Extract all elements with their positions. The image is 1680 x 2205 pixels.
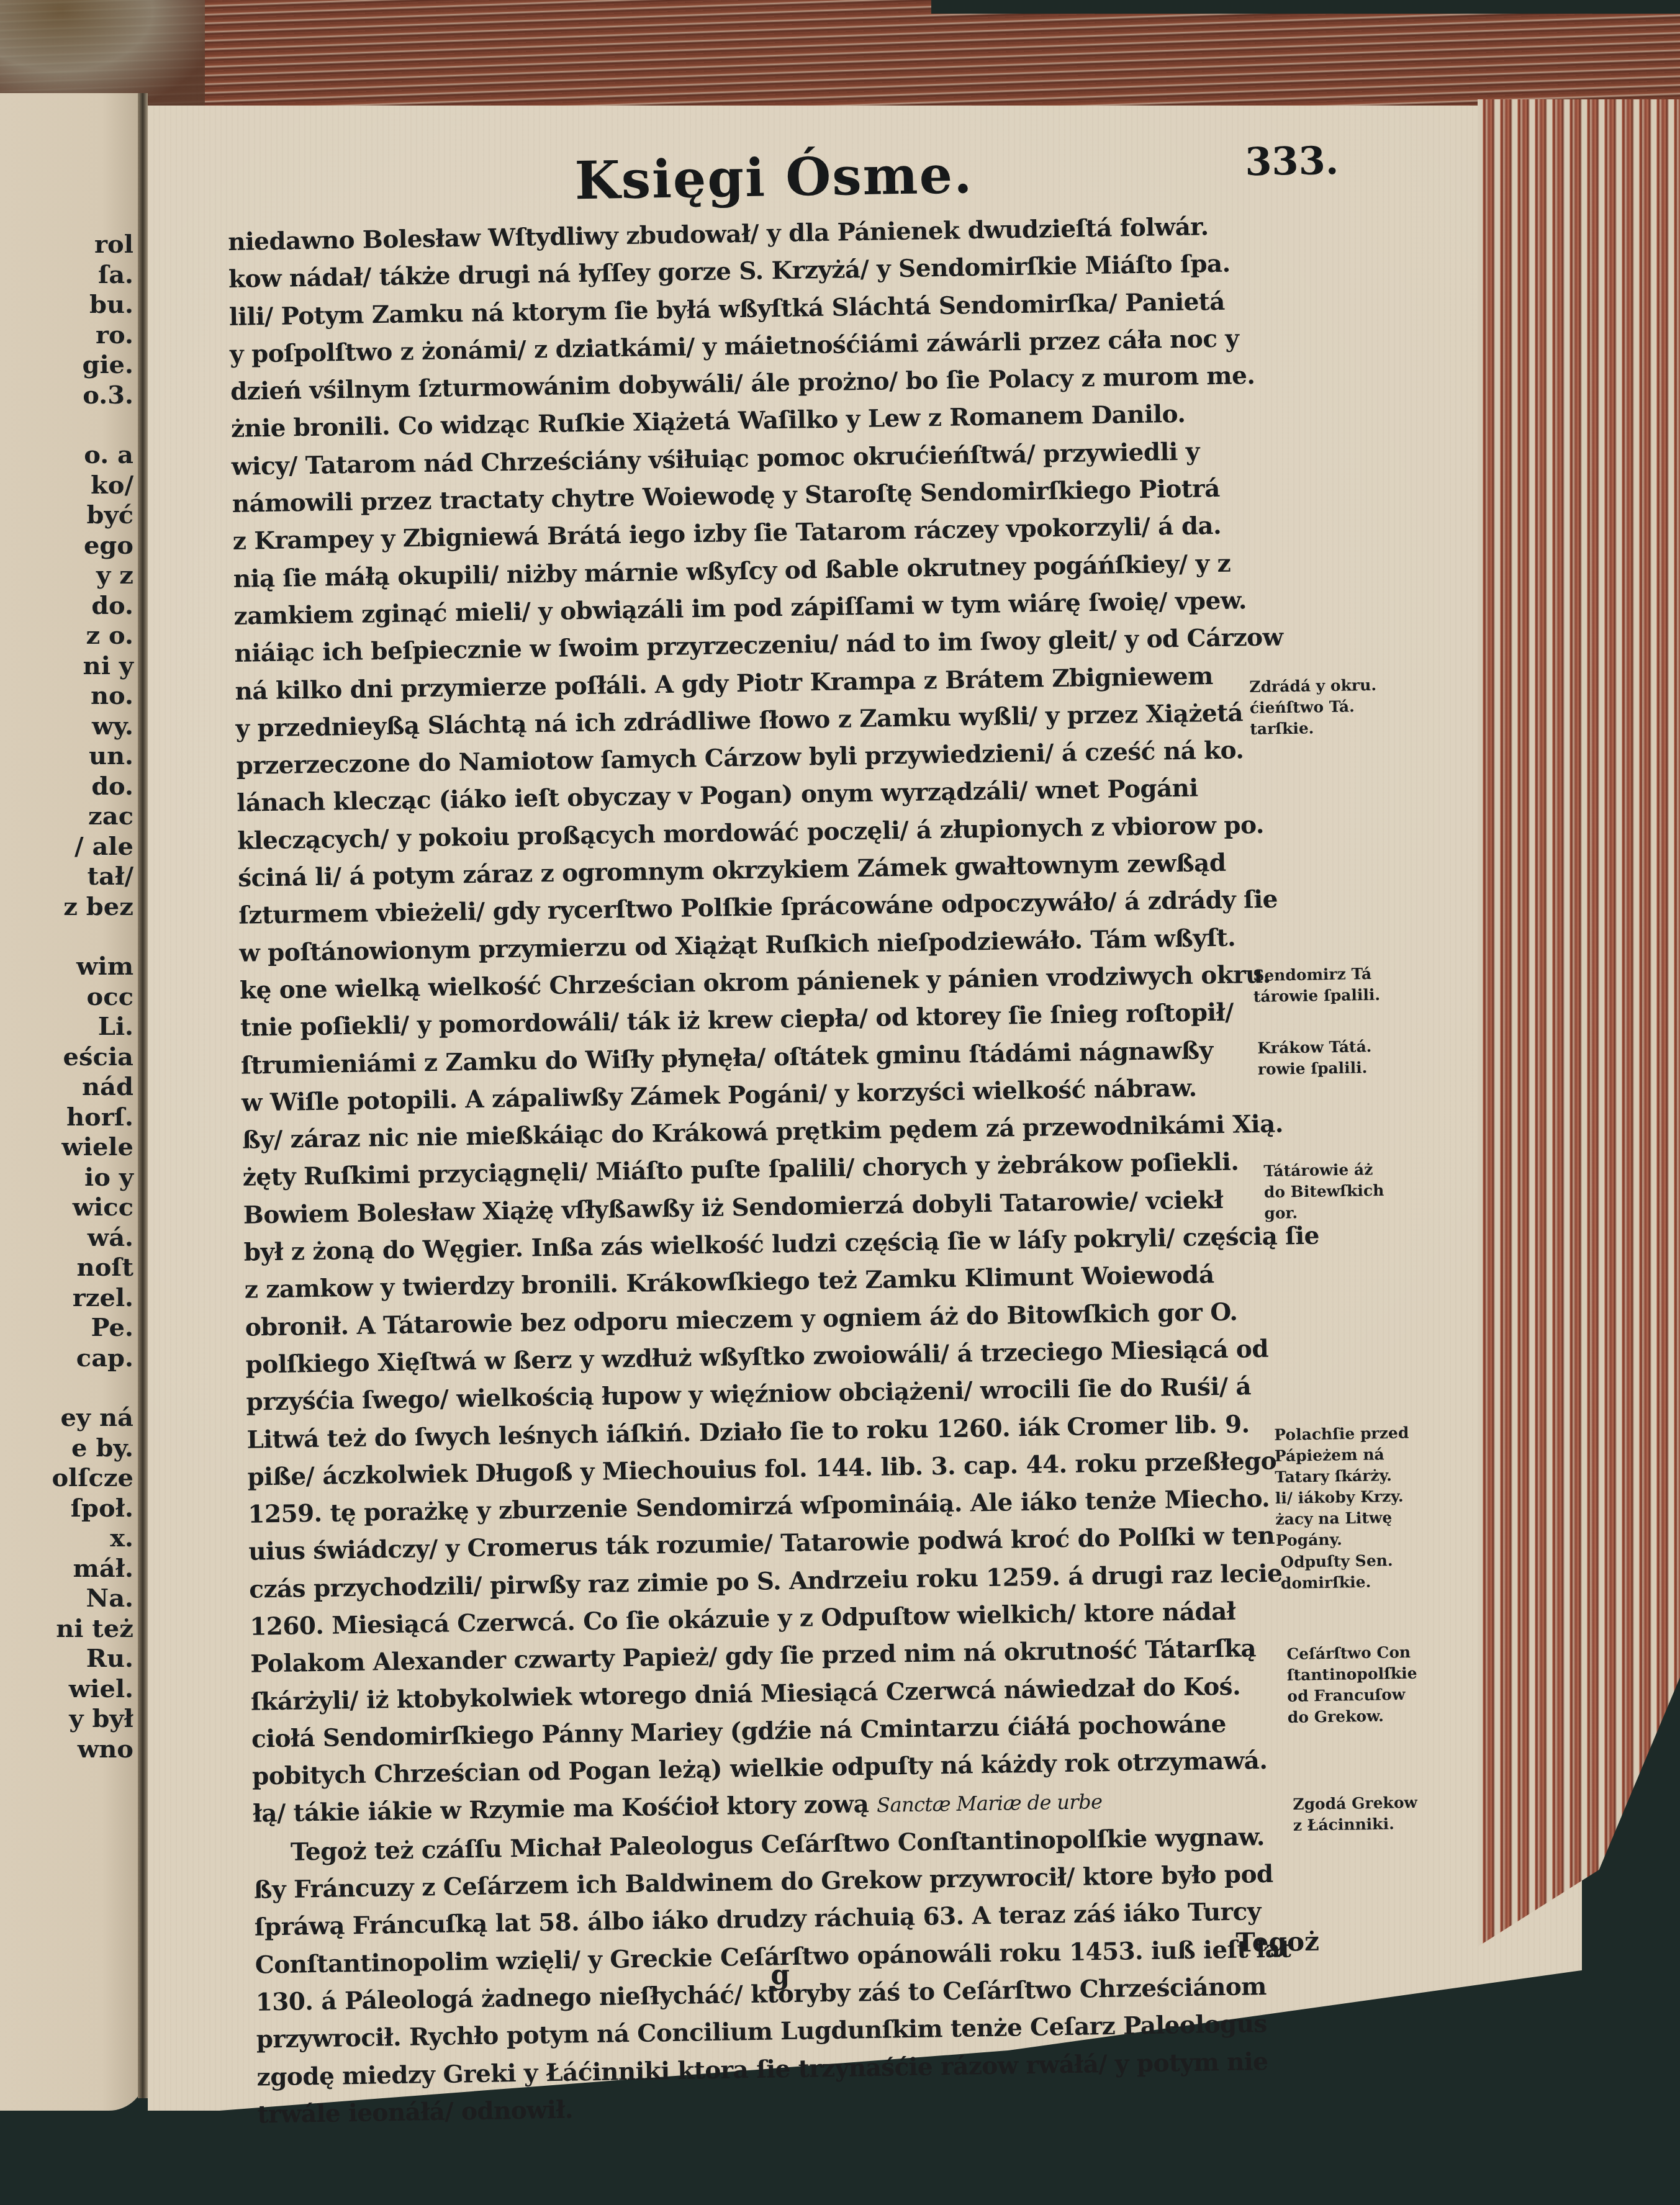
text-segment: łą/ tákie iákie w Rzymie ma Kośćioł ktor… <box>253 1790 869 1829</box>
margin-line: Zgodá Grekow <box>1293 1792 1417 1815</box>
margin-line: li/ iákoby Krzy. <box>1275 1486 1411 1509</box>
margin-line: ſtantinopolſkie <box>1287 1663 1417 1686</box>
book-gutter <box>138 93 148 2098</box>
left-line: no. <box>0 681 133 711</box>
margin-line: do Grekow. <box>1288 1705 1418 1728</box>
margin-line: Sendomirz Tá <box>1253 963 1380 986</box>
latin-insert: Sanctæ Mariæ de urbe <box>877 1790 1103 1818</box>
left-line: z o. <box>0 621 133 651</box>
left-line: wiel. <box>0 1674 133 1705</box>
left-line: wim <box>0 952 133 982</box>
margin-note-bitewskie: Tátárowie áż do Bitewſkich gor. <box>1263 1159 1384 1224</box>
left-line: tał/ <box>0 862 133 892</box>
margin-line: Krákow Tátá. <box>1257 1036 1372 1059</box>
background-cover <box>931 0 1680 14</box>
left-line: do. <box>0 772 133 802</box>
margin-line: Pogány. <box>1276 1528 1411 1551</box>
left-line: ſpoł. <box>0 1494 133 1524</box>
left-line: olſcze <box>0 1463 133 1494</box>
left-line: wy. <box>0 711 133 742</box>
left-line: być <box>0 500 133 531</box>
left-line: y był <box>0 1704 133 1734</box>
margin-line: do Bitewſkich <box>1264 1180 1384 1203</box>
left-line: ko/ <box>0 471 133 501</box>
left-line: occ <box>0 982 133 1012</box>
left-line: ey ná <box>0 1403 133 1433</box>
left-line: noſt <box>0 1253 133 1283</box>
margin-note-sendomirz: Sendomirz Tá tárowie ſpalili. <box>1253 963 1380 1008</box>
left-line: rzel. <box>0 1283 133 1314</box>
signature-mark: g <box>770 1959 790 1991</box>
left-line: do. <box>0 591 133 621</box>
margin-line: Zdrádá y okru. <box>1249 675 1376 698</box>
left-line: wno <box>0 1734 133 1765</box>
page-number: 333. <box>1245 138 1339 184</box>
margin-line: żacy na Litwę <box>1275 1507 1411 1530</box>
left-line: eścia <box>0 1042 133 1073</box>
margin-line: tárowie ſpalili. <box>1253 985 1381 1008</box>
margin-line: Tatary ſkárży. <box>1275 1465 1410 1488</box>
left-line: zac <box>0 801 133 832</box>
margin-note-polacy: Polachſie przed Pápieżem ná Tatary ſkárż… <box>1274 1423 1411 1551</box>
left-line: io y <box>0 1163 133 1193</box>
left-line: x. <box>0 1523 133 1554</box>
left-line: horſ. <box>0 1102 133 1133</box>
margin-line: rowie ſpalili. <box>1258 1057 1373 1080</box>
left-line: Na. <box>0 1584 133 1614</box>
left-line: y z <box>0 561 133 591</box>
left-line: ro. <box>0 320 133 351</box>
margin-note-odpusty: Odpuſty Sen. domirſkie. <box>1280 1550 1393 1594</box>
left-page-text-fragment: rol ſa. bu. ro. gie. o.3. o. a ko/ być e… <box>0 230 133 1764</box>
margin-line: z Łácinniki. <box>1293 1813 1418 1836</box>
left-line: cap. <box>0 1343 133 1374</box>
margin-note-zgoda: Zgodá Grekow z Łácinniki. <box>1293 1792 1418 1836</box>
margin-note-zdrada: Zdrádá y okru. ćieńſtwo Tá. tarſkie. <box>1249 675 1377 740</box>
book-top-edge <box>0 0 1680 112</box>
left-line: o. a <box>0 440 133 471</box>
left-line: bu. <box>0 290 133 320</box>
margin-line: Tátárowie áż <box>1263 1159 1384 1182</box>
running-head: Księgi Ósme. <box>574 143 973 211</box>
book-fore-edge <box>1478 99 1680 2024</box>
left-line: wiele <box>0 1132 133 1163</box>
margin-line: gor. <box>1264 1201 1384 1224</box>
left-line: un. <box>0 741 133 772</box>
left-line: Li. <box>0 1012 133 1042</box>
left-line: Ru. <box>0 1644 133 1674</box>
margin-line: domirſkie. <box>1281 1571 1394 1594</box>
left-line: o.3. <box>0 381 133 411</box>
left-line: gie. <box>0 350 133 381</box>
body-text: niedawno Bolesław Wſtydliwy zbudował/ y … <box>228 207 1288 2134</box>
book-headband <box>0 0 205 106</box>
margin-note-cesarstwo: Ceſárſtwo Con ſtantinopolſkie od Francuſ… <box>1286 1642 1418 1728</box>
left-line: ſa. <box>0 260 133 291</box>
left-line: ego <box>0 531 133 561</box>
margin-line: ćieńſtwo Tá. <box>1250 696 1377 719</box>
left-line: rol <box>0 230 133 260</box>
catchword: Tegoż <box>1235 1926 1319 1958</box>
left-line: wicc <box>0 1193 133 1223</box>
margin-line: tarſkie. <box>1250 717 1377 740</box>
left-line: máł. <box>0 1554 133 1584</box>
margin-line: od Francuſow <box>1287 1684 1417 1707</box>
margin-note-krakow: Krákow Tátá. rowie ſpalili. <box>1257 1036 1372 1080</box>
left-page: rol ſa. bu. ro. gie. o.3. o. a ko/ być e… <box>0 93 146 2111</box>
left-line: z bez <box>0 892 133 922</box>
left-line: ni y <box>0 651 133 682</box>
left-line: / ale <box>0 832 133 862</box>
left-line: ni też <box>0 1614 133 1644</box>
left-line: nád <box>0 1072 133 1102</box>
margin-line: Odpuſty Sen. <box>1280 1550 1393 1573</box>
left-line: e by. <box>0 1433 133 1464</box>
margin-line: Pápieżem ná <box>1275 1444 1410 1467</box>
margin-line: Polachſie przed <box>1274 1423 1409 1446</box>
margin-line: Ceſárſtwo Con <box>1286 1642 1417 1665</box>
left-line: wá. <box>0 1223 133 1253</box>
left-line: Pe. <box>0 1313 133 1343</box>
